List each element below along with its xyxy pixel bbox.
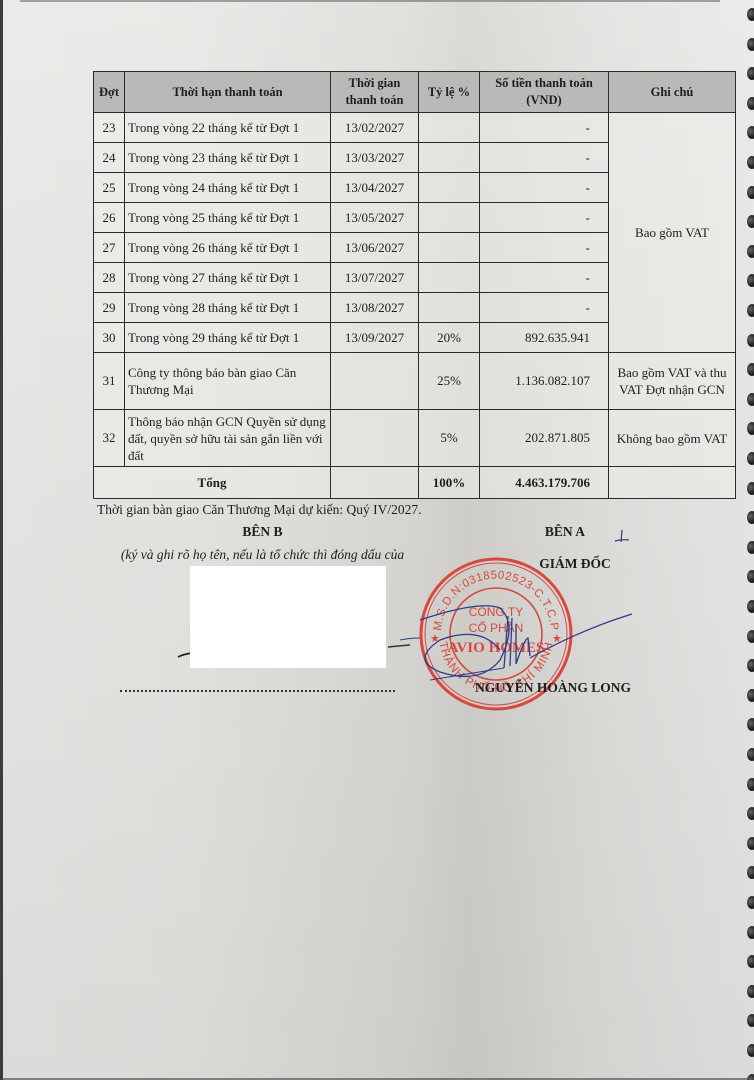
spiral-ring — [747, 630, 754, 643]
cell-rate — [419, 203, 480, 233]
cell-date: 13/07/2027 — [331, 263, 419, 293]
spiral-ring — [747, 896, 754, 909]
cell-dot: 30 — [94, 323, 125, 353]
spiral-ring — [747, 837, 754, 850]
spiral-binding — [742, 8, 754, 1080]
spiral-ring — [747, 926, 754, 939]
cell-dot: 29 — [94, 293, 125, 323]
total-rate: 100% — [419, 467, 480, 499]
cell-amount: - — [480, 143, 609, 173]
page-top-edge — [20, 0, 720, 2]
spiral-ring — [747, 1044, 754, 1057]
spiral-ring — [747, 659, 754, 672]
cell-dot: 23 — [94, 113, 125, 143]
header-dot: Đợt — [94, 72, 125, 113]
cell-date: 13/03/2027 — [331, 143, 419, 173]
spiral-ring — [747, 778, 754, 791]
cell-amount: 892.635.941 — [480, 323, 609, 353]
spiral-ring — [747, 8, 754, 21]
stamp-line-1: CÔNG TY — [469, 604, 523, 619]
cell-note-merged: Bao gồm VAT — [609, 113, 736, 353]
cell-date: 13/02/2027 — [331, 113, 419, 143]
cell-amount: - — [480, 293, 609, 323]
cell-amount: - — [480, 113, 609, 143]
cell-note: Bao gồm VAT và thu VAT Đợt nhận GCN — [609, 353, 736, 410]
handwritten-mark — [612, 528, 632, 550]
party-a-title: BÊN A — [520, 524, 610, 540]
page-left-edge — [0, 0, 3, 1080]
party-a-name: NGUYỄN HOÀNG LONG — [475, 680, 631, 696]
cell-date: 13/08/2027 — [331, 293, 419, 323]
cell-rate — [419, 233, 480, 263]
cell-term: Thông báo nhận GCN Quyền sử dụng đất, qu… — [125, 410, 331, 467]
cell-rate: 20% — [419, 323, 480, 353]
spiral-ring — [747, 363, 754, 376]
cell-term: Trong vòng 26 tháng kể từ Đợt 1 — [125, 233, 331, 263]
header-amount: Số tiền thanh toán (VND) — [480, 72, 609, 113]
handover-note: Thời gian bàn giao Căn Thương Mại dự kiế… — [97, 502, 422, 518]
svg-text:★: ★ — [430, 633, 440, 645]
stamp-line-2: CỔ PHẦN — [469, 620, 524, 635]
spiral-ring — [747, 570, 754, 583]
spiral-ring — [747, 274, 754, 287]
spiral-ring — [747, 689, 754, 702]
spiral-ring — [747, 600, 754, 613]
cell-term: Trong vòng 29 tháng kể từ Đợt 1 — [125, 323, 331, 353]
header-term: Thời hạn thanh toán — [125, 72, 331, 113]
spiral-ring — [747, 452, 754, 465]
total-note-empty — [609, 467, 736, 499]
cell-date: 13/05/2027 — [331, 203, 419, 233]
spiral-ring — [747, 97, 754, 110]
header-note: Ghi chú — [609, 72, 736, 113]
cell-date: 13/04/2027 — [331, 173, 419, 203]
cell-dot: 25 — [94, 173, 125, 203]
spiral-ring — [747, 541, 754, 554]
cell-amount: - — [480, 233, 609, 263]
table-row: 31 Công ty thông báo bàn giao Căn Thương… — [94, 353, 736, 410]
party-b-title: BÊN B — [200, 524, 325, 540]
cell-term: Trong vòng 28 tháng kể từ Đợt 1 — [125, 293, 331, 323]
spiral-ring — [747, 393, 754, 406]
table-row: 32 Thông báo nhận GCN Quyền sử dụng đất,… — [94, 410, 736, 467]
spiral-ring — [747, 38, 754, 51]
cell-amount: - — [480, 263, 609, 293]
stamp-line-3: AVIO HOMES — [448, 640, 545, 656]
cell-rate — [419, 293, 480, 323]
spiral-ring — [747, 245, 754, 258]
payment-schedule-table: Đợt Thời hạn thanh toán Thời gian thanh … — [93, 71, 736, 499]
spiral-ring — [747, 482, 754, 495]
cell-amount: - — [480, 203, 609, 233]
cell-term: Trong vòng 24 tháng kể từ Đợt 1 — [125, 173, 331, 203]
spiral-ring — [747, 866, 754, 879]
table-row: 23 Trong vòng 22 tháng kể từ Đợt 1 13/02… — [94, 113, 736, 143]
cell-dot: 32 — [94, 410, 125, 467]
spiral-ring — [747, 1074, 754, 1080]
cell-amount: 1.136.082.107 — [480, 353, 609, 410]
spiral-ring — [747, 511, 754, 524]
spiral-ring — [747, 955, 754, 968]
total-amount: 4.463.179.706 — [480, 467, 609, 499]
spiral-ring — [747, 186, 754, 199]
spiral-ring — [747, 304, 754, 317]
cell-rate — [419, 113, 480, 143]
table-header-row: Đợt Thời hạn thanh toán Thời gian thanh … — [94, 72, 736, 113]
cell-amount: - — [480, 173, 609, 203]
cell-rate — [419, 173, 480, 203]
cell-term: Trong vòng 22 tháng kể từ Đợt 1 — [125, 113, 331, 143]
spiral-ring — [747, 156, 754, 169]
cell-term: Trong vòng 23 tháng kể từ Đợt 1 — [125, 143, 331, 173]
spiral-ring — [747, 1014, 754, 1027]
redacted-signature-block — [190, 566, 386, 668]
cell-rate: 25% — [419, 353, 480, 410]
spiral-ring — [747, 67, 754, 80]
cell-dot: 31 — [94, 353, 125, 410]
cell-term: Công ty thông báo bàn giao Căn Thương Mạ… — [125, 353, 331, 410]
spiral-ring — [747, 748, 754, 761]
table-total-row: Tổng 100% 4.463.179.706 — [94, 467, 736, 499]
total-date-empty — [331, 467, 419, 499]
cell-rate: 5% — [419, 410, 480, 467]
spiral-ring — [747, 718, 754, 731]
total-label: Tổng — [94, 467, 331, 499]
spiral-ring — [747, 807, 754, 820]
cell-dot: 28 — [94, 263, 125, 293]
cell-dot: 26 — [94, 203, 125, 233]
cell-term: Trong vòng 27 tháng kể từ Đợt 1 — [125, 263, 331, 293]
spiral-ring — [747, 334, 754, 347]
cell-term: Trong vòng 25 tháng kể từ Đợt 1 — [125, 203, 331, 233]
cell-rate — [419, 263, 480, 293]
party-b-signature-line — [120, 680, 395, 692]
spiral-ring — [747, 985, 754, 998]
cell-date: 13/09/2027 — [331, 323, 419, 353]
cell-note: Không bao gồm VAT — [609, 410, 736, 467]
cell-date — [331, 353, 419, 410]
cell-dot: 24 — [94, 143, 125, 173]
cell-rate — [419, 143, 480, 173]
header-rate: Tỷ lệ % — [419, 72, 480, 113]
header-date: Thời gian thanh toán — [331, 72, 419, 113]
spiral-ring — [747, 215, 754, 228]
cell-dot: 27 — [94, 233, 125, 263]
cell-amount: 202.871.805 — [480, 410, 609, 467]
spiral-ring — [747, 422, 754, 435]
cell-date: 13/06/2027 — [331, 233, 419, 263]
spiral-ring — [747, 126, 754, 139]
cell-date — [331, 410, 419, 467]
svg-text:★: ★ — [552, 633, 562, 645]
